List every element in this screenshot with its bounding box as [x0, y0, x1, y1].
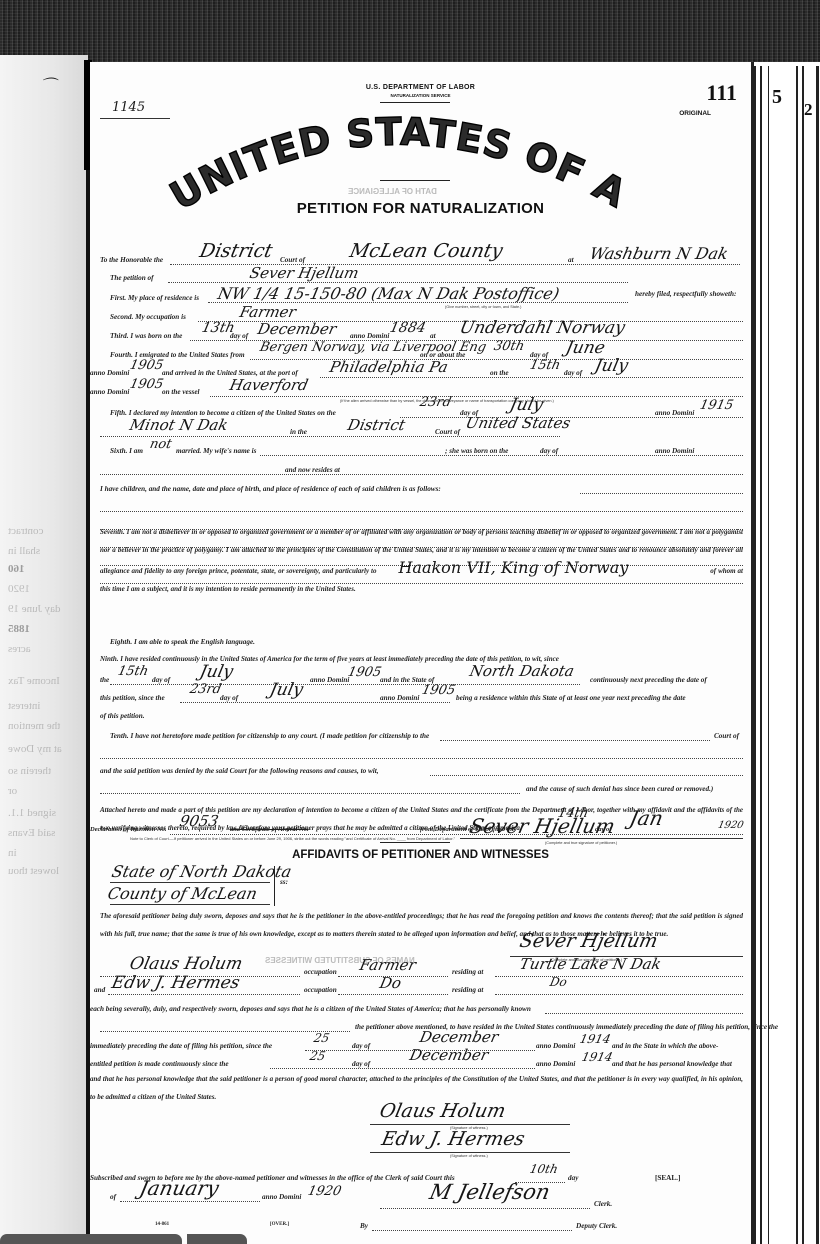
declared-court-of-value: United States: [464, 414, 572, 432]
page-stack-edges: 5 2: [752, 66, 820, 1244]
caption: (Give number, street, city or town, and …: [445, 305, 521, 309]
bleed-text: signed 1.1.: [8, 807, 56, 819]
birth-place-value: Underdahl Norway: [458, 318, 627, 338]
witness-1-residence: Turtle Lake N Dak: [518, 955, 663, 973]
bleed-text: said Evans: [8, 827, 55, 839]
label: The petition of: [110, 274, 154, 282]
filed-month-value: Jan: [627, 806, 665, 830]
label: on the: [490, 369, 509, 377]
state-month-value: July: [268, 680, 305, 700]
edge-tab-number: 5: [772, 86, 782, 109]
declared-day-value: 23rd: [418, 395, 452, 410]
caption: (Complete and true signature of petition…: [545, 841, 617, 845]
sworn-day-value: 10th: [529, 1162, 560, 1176]
ninth-year-value: 1905: [346, 665, 382, 680]
emigrated-month-value: June: [564, 338, 607, 358]
label: day of: [220, 694, 238, 702]
label: anno Domini: [310, 676, 349, 684]
state-year-value: 1905: [420, 683, 456, 698]
label: Declaration of Intention No.: [90, 826, 167, 833]
edge-tab-number: 2: [804, 100, 813, 120]
label: occupation: [304, 986, 337, 994]
label: First. My place of residence is: [110, 294, 199, 302]
birth-month-value: December: [256, 320, 338, 338]
label: By: [360, 1222, 368, 1230]
label: anno Domini: [380, 694, 419, 702]
affidavit-title: AFFIDAVITS OF PETITIONER AND WITNESSES: [90, 849, 751, 861]
viewer-tab[interactable]: [0, 1234, 182, 1244]
ninth-state-value: North Dakota: [468, 662, 576, 680]
witness-2-name: Edw J. Hermes: [110, 973, 242, 993]
label: ; she was born on the: [445, 447, 508, 455]
label: residing at: [452, 986, 483, 994]
left-facing-page: ⌒ contract shall in 160 1920 day June 19…: [0, 55, 88, 1244]
emigrated-year-value: 1905: [128, 358, 164, 373]
label: day of: [595, 826, 611, 833]
witness-1-signature: Olaus Holum: [378, 1100, 508, 1122]
label: residing at: [452, 968, 483, 976]
ninth-month-value: July: [198, 662, 235, 682]
bleed-text: interest: [8, 700, 40, 712]
witness-1-name: Olaus Holum: [128, 954, 244, 974]
witness-2-residence: Do: [549, 975, 569, 989]
label: Sixth. I am: [110, 447, 143, 455]
state-since-year-value: 1914: [581, 1050, 615, 1064]
agency-header: U.S. DEPARTMENT OF LABOR: [90, 84, 751, 91]
emigrated-day-value: 30th: [492, 339, 525, 354]
us-since-year-value: 1914: [579, 1032, 613, 1046]
sworn-month-value: January: [137, 1176, 221, 1200]
state-since-month-value: December: [408, 1046, 490, 1064]
viewer-tab[interactable]: [187, 1234, 247, 1244]
label: Court of: [435, 428, 460, 436]
label: anno Domini: [90, 388, 129, 396]
sovereign-value: Haakon VII, King of Norway: [378, 558, 708, 577]
sworn-year-value: 1920: [306, 1184, 342, 1199]
label: day of: [152, 676, 170, 684]
bleed-text: at my Dowe: [8, 743, 62, 755]
label: on the vessel: [162, 388, 200, 396]
label: and the cause of such denial has since b…: [526, 785, 713, 793]
over-label: [OVER.]: [270, 1222, 289, 1227]
label: day of: [564, 369, 582, 377]
label: hereby filed, respectfully showeth:: [635, 290, 736, 298]
declared-month-value: July: [508, 395, 545, 415]
declaration-number-value: 9053: [178, 812, 220, 830]
married-status-value: not: [148, 437, 173, 452]
label: Third. I was born on the: [110, 332, 182, 340]
document-title: PETITION FOR NATURALIZATION: [90, 200, 751, 217]
declared-at-value: Minot N Dak: [128, 416, 229, 434]
label: anno Domini: [655, 447, 694, 455]
form-number: 14-861: [155, 1222, 169, 1227]
ninth-day-value: 15th: [116, 664, 149, 679]
venue-county-value: County of McLean: [106, 884, 259, 903]
witness-2-occupation: Do: [378, 974, 403, 992]
label: married. My wife's name is: [176, 447, 256, 455]
bleed-text: shall in: [8, 545, 40, 557]
arrival-day-value: 15th: [528, 358, 561, 373]
file-number: 1145: [112, 100, 145, 115]
residence-value: NW 1/4 15-150-80 (Max N Dak Postoffice): [216, 284, 561, 303]
label: at: [430, 332, 436, 340]
venue-state-value: State of North Dakota: [110, 862, 293, 881]
scanner-background: [0, 0, 820, 62]
seal-label: [SEAL.]: [655, 1174, 680, 1182]
label: and Certificate of Arrival No.: [230, 826, 309, 833]
label: day of: [540, 447, 558, 455]
state-day-value: 23rd: [188, 682, 222, 697]
bleed-text: 160: [8, 563, 25, 575]
label: anno Domini: [350, 332, 389, 340]
label: Second. My occupation is: [110, 313, 186, 321]
clerk-note: Note to Clerk of Court.—If petitioner ar…: [130, 836, 455, 841]
clerk-signature: M Jellefson: [427, 1180, 552, 1204]
bleed-text: or: [8, 785, 17, 797]
bleed-text: Income Tax: [8, 675, 60, 687]
eighth-clause: Eighth. I am able to speak the English l…: [110, 638, 255, 646]
bleed-text: day June 19: [8, 603, 61, 615]
tenth-clause: Tenth. I have not heretofore made petiti…: [110, 732, 429, 740]
vessel-value: Haverford: [228, 376, 310, 394]
filed-day-value: 14th: [556, 806, 589, 821]
label: the petitioner above mentioned, to have …: [355, 1023, 778, 1031]
court-type-value: District: [198, 240, 275, 262]
ninth-clause: Ninth. I have resided continuously in th…: [100, 651, 743, 669]
label: anno Domini: [655, 409, 694, 417]
label: in the: [290, 428, 307, 436]
label: day of: [352, 1042, 370, 1050]
label: To the Honorable the: [100, 256, 163, 264]
declared-court-value: District: [346, 416, 407, 434]
children-entry-line: [100, 511, 743, 512]
caption: (Signature of witness.): [450, 1154, 488, 1158]
label: at: [568, 256, 574, 264]
label: and now resides at: [285, 466, 340, 474]
original-label: ORIGINAL: [679, 110, 711, 117]
label: Court of: [714, 732, 739, 740]
label: I have children, and the name, date and …: [100, 485, 441, 493]
arrival-month-value: July: [593, 356, 630, 376]
arrival-port-value: Philadelphia Pa: [328, 358, 450, 376]
page-number: 111: [706, 80, 737, 106]
bleed-through-text: DATH OF ALLEGIANCE: [348, 187, 437, 196]
bleed-text: 1920: [8, 583, 30, 595]
label: ss:: [280, 878, 288, 886]
petition-page: 1145 U.S. DEPARTMENT OF LABOR NATURALIZA…: [90, 62, 754, 1244]
label: Clerk.: [594, 1200, 612, 1208]
bleed-text: acres: [8, 643, 31, 655]
label: anno Domini: [90, 369, 129, 377]
us-since-day-value: 25: [313, 1031, 331, 1045]
court-location-value: Washburn N Dak: [588, 244, 730, 263]
label: from Department of Labor filed this: [420, 826, 516, 833]
pencil-mark: ⌒: [40, 73, 56, 96]
bleed-text: therein so: [8, 765, 51, 777]
birth-year-value: 1884: [388, 320, 427, 336]
label: day of: [230, 332, 248, 340]
occupation-value: Farmer: [238, 303, 298, 321]
petitioner-name-value: Sever Hjellum: [248, 264, 360, 282]
label: and the said petition was denied by the …: [100, 767, 379, 775]
bleed-text: 1885: [8, 623, 30, 635]
label: each being severally, duly, and respecti…: [90, 1005, 531, 1013]
declared-year-value: 1915: [698, 398, 734, 413]
bleed-text: in: [8, 847, 17, 859]
bleed-text: contract: [8, 525, 43, 537]
us-since-month-value: December: [418, 1028, 500, 1046]
filed-year-value: 1920: [717, 820, 745, 831]
county-value: McLean County: [348, 240, 505, 262]
label: Deputy Clerk.: [576, 1222, 617, 1230]
witness-1-occupation: Farmer: [358, 956, 418, 974]
bleed-text: the mention: [8, 720, 60, 732]
witness-2-signature: Edw J. Hermes: [380, 1128, 527, 1150]
label: occupation: [304, 968, 337, 976]
affidavit-petitioner-signature: Sever Hjellum: [518, 930, 660, 952]
label: Fourth. I emigrated to the United States…: [110, 351, 245, 359]
arrival-year-value: 1905: [128, 377, 164, 392]
seventh-clause: Seventh. I am not a disbeliever in or op…: [100, 524, 743, 598]
label: Court of: [280, 256, 305, 264]
label: and: [94, 986, 105, 994]
state-since-day-value: 25: [309, 1049, 327, 1063]
bleed-text: lowest thou: [8, 865, 59, 877]
service-header: NATURALIZATION SERVICE: [90, 93, 751, 98]
